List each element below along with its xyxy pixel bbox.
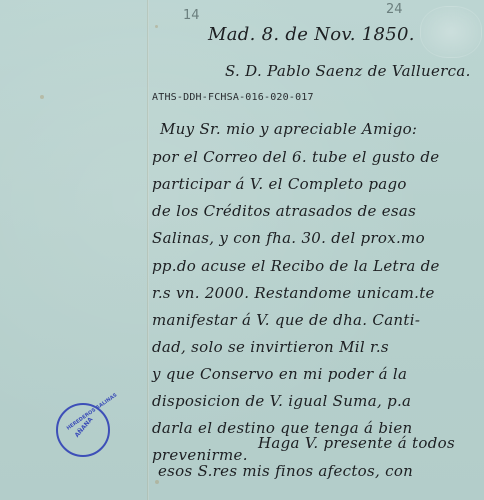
embossed-seal xyxy=(420,6,482,58)
paper-fold-line xyxy=(147,0,149,500)
body-line: de los Créditos atrasados de esas xyxy=(152,202,416,220)
body-line: Salinas, y con fha. 30. del prox.mo xyxy=(152,229,425,247)
body-line: dad, solo se invirtieron Mil r.s xyxy=(152,338,389,356)
body-line: pp.do acuse el Recibo de la Letra de xyxy=(152,257,440,275)
closing-line: Haga V. presente á todos xyxy=(258,434,455,452)
archive-stamp: HEREDEROS SALINAS AÑANA xyxy=(56,403,110,457)
body-line: por el Correo del 6. tube el gusto de xyxy=(152,148,439,166)
body-line: manifestar á V. que de dha. Canti- xyxy=(152,311,420,329)
letter-page: 14 24 Mad. 8. de Nov. 1850. S. D. Pablo … xyxy=(0,0,484,500)
place-date: Mad. 8. de Nov. 1850. xyxy=(208,24,415,45)
body-line: participar á V. el Completo pago xyxy=(152,175,407,193)
paper-stain xyxy=(155,25,158,28)
stamp-ring-text: HEREDEROS SALINAS xyxy=(66,392,119,431)
pencil-folio-right: 24 xyxy=(386,2,403,17)
addressee: S. D. Pablo Saenz de Valluerca. xyxy=(225,62,471,80)
pencil-folio-left: 14 xyxy=(183,8,200,23)
paper-stain xyxy=(40,95,44,99)
archive-reference: ATHS-DDH-FCHSA-016-020-017 xyxy=(152,92,314,103)
closing-line: esos S.res mis finos afectos, con xyxy=(158,462,413,480)
body-line: Muy Sr. mio y apreciable Amigo: xyxy=(160,120,417,138)
paper-stain xyxy=(155,480,159,484)
body-line: r.s vn. 2000. Restandome unicam.te xyxy=(152,284,435,302)
body-line: disposicion de V. igual Suma, p.a xyxy=(152,392,411,410)
body-line: y que Conservo en mi poder á la xyxy=(152,365,407,383)
